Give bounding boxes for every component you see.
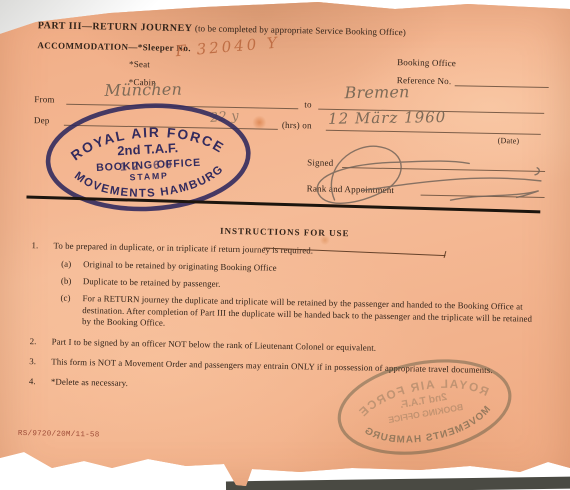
instruction-1c-text: For a RETURN journey the duplicate and t…: [82, 293, 535, 336]
instruction-1a-text: Original to be retained by originating B…: [83, 259, 277, 273]
from-label: From: [34, 94, 55, 104]
from-city-handwriting: München: [104, 80, 182, 100]
instructions-heading: INSTRUCTIONS FOR USE: [24, 222, 546, 242]
to-city-handwriting: Bremen: [344, 82, 409, 102]
instruction-1b-text: Duplicate to be retained by passenger.: [83, 276, 221, 289]
date-line: [326, 130, 541, 135]
stamp-stamp-text: STAMP: [129, 170, 169, 182]
hrs-on-label: (hrs) on: [282, 120, 312, 131]
instruction-4-text: *Delete as necessary.: [51, 377, 128, 388]
sleeper-seat-number-handwriting: F 32040 Y: [175, 33, 281, 60]
instruction-2-text: Part I to be signed by an officer NOT be…: [52, 337, 377, 353]
reference-line: [455, 85, 549, 88]
instruction-1a-num: (a): [61, 259, 71, 269]
form-title-note: (to be completed by appropriate Service …: [195, 23, 406, 37]
form-paper: PART III—RETURN JOURNEY (to be completed…: [0, 0, 570, 490]
accommodation-label: ACCOMMODATION—*Sleeper No.: [37, 40, 191, 53]
seat-label: *Seat: [129, 59, 150, 69]
travel-date-handwriting: 12 März 1960: [328, 108, 446, 128]
form-title: PART III—RETURN JOURNEY: [38, 20, 193, 34]
booking-office-label: Booking Office: [397, 57, 456, 68]
instruction-1b-num: (b): [61, 276, 72, 286]
instruction-1-num: 1.: [31, 240, 38, 250]
desk-edge: [226, 477, 570, 490]
instruction-1c-num: (c): [60, 293, 70, 303]
pen-strike-tick: [444, 251, 447, 258]
stamp-taf-text: 2nd T.A.F.: [117, 140, 179, 158]
instruction-2-num: 2.: [30, 336, 37, 346]
instruction-4-num: 4.: [29, 376, 36, 386]
form-code: RS/9720/20M/11-58: [18, 430, 100, 440]
form-title-row: PART III—RETURN JOURNEY (to be completed…: [38, 20, 406, 38]
to-label: to: [304, 99, 312, 109]
instruction-3-num: 3.: [29, 356, 36, 366]
